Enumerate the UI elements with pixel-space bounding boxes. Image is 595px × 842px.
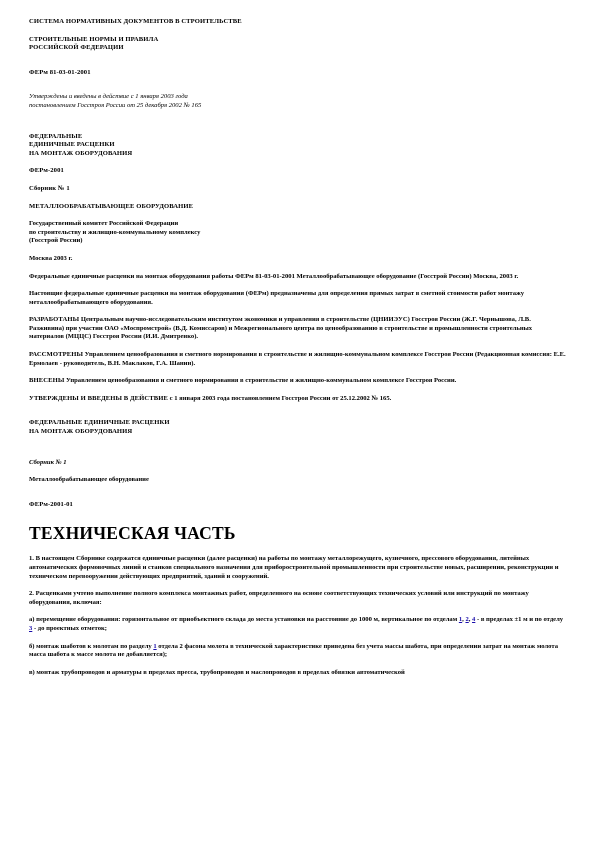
doc-code: ФЕРм 81-03-01-2001	[29, 69, 566, 78]
organization-line1: Государственный комитет Российской Федер…	[29, 220, 566, 229]
block2-collection: Сборник № 1	[29, 459, 566, 468]
purpose-paragraph: Настоящие федеральные единичные расценки…	[29, 290, 566, 307]
tech-item-b-pre: б) монтаж шаботов к молотам по разделу	[29, 643, 153, 650]
organization: Государственный комитет Российской Федер…	[29, 220, 566, 246]
block1-collection-name: МЕТАЛЛООБРАБАТЫВАЮЩЕЕ ОБОРУДОВАНИЕ	[29, 203, 566, 212]
introduced-label: ВНЕСЕНЫ	[29, 377, 64, 384]
developed-paragraph: РАЗРАБОТАНЫ Центральным научно-исследова…	[29, 316, 566, 342]
organization-line2: по строительству и жилищно-коммунальному…	[29, 229, 566, 238]
block2-title: ФЕДЕРАЛЬНЫЕ ЕДИНИЧНЫЕ РАСЦЕНКИ НА МОНТАЖ…	[29, 419, 566, 436]
block2-code: ФЕРм-2001-01	[29, 501, 566, 510]
developed-label: РАЗРАБОТАНЫ	[29, 316, 79, 323]
approval-note-line2: постановлением Госстроя России от 25 дек…	[29, 102, 566, 111]
reviewed-label: РАССМОТРЕНЫ	[29, 351, 83, 358]
norms-title-line1: СТРОИТЕЛЬНЫЕ НОРМЫ И ПРАВИЛА	[29, 36, 566, 45]
section-link-1[interactable]: 1	[459, 616, 462, 623]
block1-collection: Сборник № 1	[29, 185, 566, 194]
tech-item-1: 1. В настоящем Сборнике содержатся едини…	[29, 555, 566, 581]
document-page: СИСТЕМА НОРМАТИВНЫХ ДОКУМЕНТОВ В СТРОИТЕ…	[0, 0, 595, 677]
tech-item-b: б) монтаж шаботов к молотам по разделу 1…	[29, 643, 566, 660]
block1-title-line1: ФЕДЕРАЛЬНЫЕ	[29, 133, 566, 142]
city-year: Москва 2003 г.	[29, 255, 566, 264]
reviewed-paragraph: РАССМОТРЕНЫ Управлением ценообразования …	[29, 351, 566, 368]
technical-part-heading: ТЕХНИЧЕСКАЯ ЧАСТЬ	[29, 523, 566, 543]
tech-item-a: а) перемещение оборудования: горизонталь…	[29, 616, 566, 633]
introduced-paragraph: ВНЕСЕНЫ Управлением ценообразования и см…	[29, 377, 566, 386]
approved-text: с 1 января 2003 года постановлением Госс…	[168, 395, 391, 402]
organization-line3: (Госстрой России)	[29, 237, 566, 246]
section-link-2[interactable]: 2	[465, 616, 468, 623]
tech-item-a-pre: а) перемещение оборудования: горизонталь…	[29, 616, 459, 623]
tech-item-2: 2. Расценками учтено выполнение полного …	[29, 590, 566, 607]
introduced-text: Управлением ценообразования и сметного н…	[64, 377, 456, 384]
block2-title-line1: ФЕДЕРАЛЬНЫЕ ЕДИНИЧНЫЕ РАСЦЕНКИ	[29, 419, 566, 428]
approval-note-line1: Утверждены и введены в действие с 1 янва…	[29, 93, 566, 102]
system-title: СИСТЕМА НОРМАТИВНЫХ ДОКУМЕНТОВ В СТРОИТЕ…	[29, 18, 566, 27]
reference-paragraph: Федеральные единичные расценки на монтаж…	[29, 273, 566, 282]
developed-text: Центральным научно-исследовательским инс…	[29, 316, 532, 340]
norms-title-line2: РОССИЙСКОЙ ФЕДЕРАЦИИ	[29, 44, 566, 53]
tech-item-a-post: - до проектных отметок;	[32, 625, 107, 632]
block1-title: ФЕДЕРАЛЬНЫЕ ЕДИНИЧНЫЕ РАСЦЕНКИ НА МОНТАЖ…	[29, 133, 566, 159]
norms-title: СТРОИТЕЛЬНЫЕ НОРМЫ И ПРАВИЛА РОССИЙСКОЙ …	[29, 36, 566, 53]
tech-item-c: в) монтаж трубопроводов и арматуры в пре…	[29, 669, 566, 678]
block2-collection-name: Металлообрабатывающее оборудование	[29, 476, 566, 485]
approved-label: УТВЕРЖДЕНЫ И ВВЕДЕНЫ В ДЕЙСТВИЕ	[29, 395, 168, 402]
approval-note: Утверждены и введены в действие с 1 янва…	[29, 93, 566, 110]
block2-title-line2: НА МОНТАЖ ОБОРУДОВАНИЯ	[29, 428, 566, 437]
reviewed-text: Управлением ценообразования и сметного н…	[29, 351, 566, 367]
approved-paragraph: УТВЕРЖДЕНЫ И ВВЕДЕНЫ В ДЕЙСТВИЕ с 1 янва…	[29, 395, 566, 404]
block1-title-line2: ЕДИНИЧНЫЕ РАСЦЕНКИ	[29, 141, 566, 150]
block1-code: ФЕРм-2001	[29, 167, 566, 176]
block1-title-line3: НА МОНТАЖ ОБОРУДОВАНИЯ	[29, 150, 566, 159]
tech-item-a-mid: - в пределах ±1 м и по отделу	[475, 616, 563, 623]
